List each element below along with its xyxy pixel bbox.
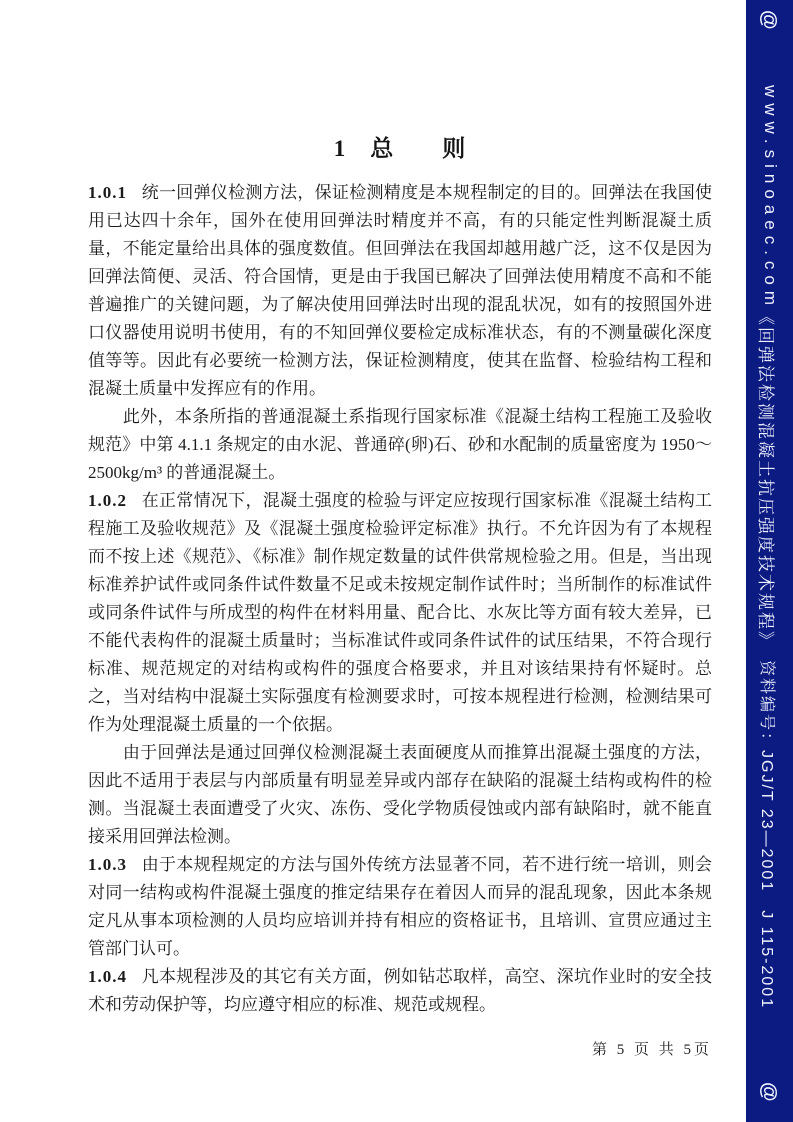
document-title-vertical: 《回弹法检测混凝土抗压强度技术规程》: [755, 308, 780, 650]
paragraph: 1.0.4凡本规程涉及的其它有关方面，例如钻芯取样，高空、深坑作业时的安全技术和…: [88, 963, 712, 1019]
at-icon: @: [757, 1082, 780, 1102]
page-number-text: 第 5 页 共 5页: [592, 1042, 712, 1058]
document-content: 1 总 则 1.0.1统一回弹仪检测方法，保证检测精度是本规程制定的目的。回弹法…: [88, 130, 712, 1019]
paragraph-text: 在正常情况下，混凝土强度的检验与评定应按现行国家标准《混凝土结构工程施工及验收规…: [88, 491, 712, 734]
paragraph-text: 凡本规程涉及的其它有关方面，例如钻芯取样，高空、深坑作业时的安全技术和劳动保护等…: [88, 967, 712, 1014]
paragraph: 此外，本条所指的普通混凝土系指现行国家标准《混凝土结构工程施工及验收规范》中第 …: [88, 403, 712, 487]
clause-number: 1.0.2: [88, 491, 127, 510]
paragraph-text: 由于本规程规定的方法与国外传统方法显著不同，若不进行统一培训，则会对同一结构或构…: [88, 855, 712, 958]
paragraph-text: 此外，本条所指的普通混凝土系指现行国家标准《混凝土结构工程施工及验收规范》中第 …: [88, 407, 712, 482]
paragraph: 1.0.1统一回弹仪检测方法，保证检测精度是本规程制定的目的。回弹法在我国使用已…: [88, 179, 712, 403]
document-number-vertical: 资料编号：JGJ/T 23—2001 J 115-2001: [757, 660, 780, 1009]
clause-number: 1.0.3: [88, 855, 127, 874]
sidebar: @ www.sinoaec.com 《回弹法检测混凝土抗压强度技术规程》 资料编…: [746, 0, 793, 1122]
paragraph-text: 由于回弹法是通过回弹仪检测混凝土表面硬度从而推算出混凝土强度的方法，因此不适用于…: [88, 743, 712, 846]
at-icon: @: [757, 10, 780, 30]
page-footer: 第 5 页 共 5页: [88, 1038, 712, 1059]
clause-number: 1.0.4: [88, 967, 127, 986]
clause-number: 1.0.1: [88, 183, 127, 202]
paragraph: 由于回弹法是通过回弹仪检测混凝土表面硬度从而推算出混凝土强度的方法，因此不适用于…: [88, 739, 712, 851]
website-url: www.sinoaec.com: [760, 85, 780, 311]
paragraph: 1.0.2在正常情况下，混凝土强度的检验与评定应按现行国家标准《混凝土结构工程施…: [88, 487, 712, 739]
document-body: 1.0.1统一回弹仪检测方法，保证检测精度是本规程制定的目的。回弹法在我国使用已…: [88, 179, 712, 1019]
paragraph-text: 统一回弹仪检测方法，保证检测精度是本规程制定的目的。回弹法在我国使用已达四十余年…: [88, 183, 712, 398]
paragraph: 1.0.3由于本规程规定的方法与国外传统方法显著不同，若不进行统一培训，则会对同…: [88, 851, 712, 963]
chapter-title: 1 总 则: [88, 130, 712, 163]
document-page: 1 总 则 1.0.1统一回弹仪检测方法，保证检测精度是本规程制定的目的。回弹法…: [0, 0, 793, 1122]
